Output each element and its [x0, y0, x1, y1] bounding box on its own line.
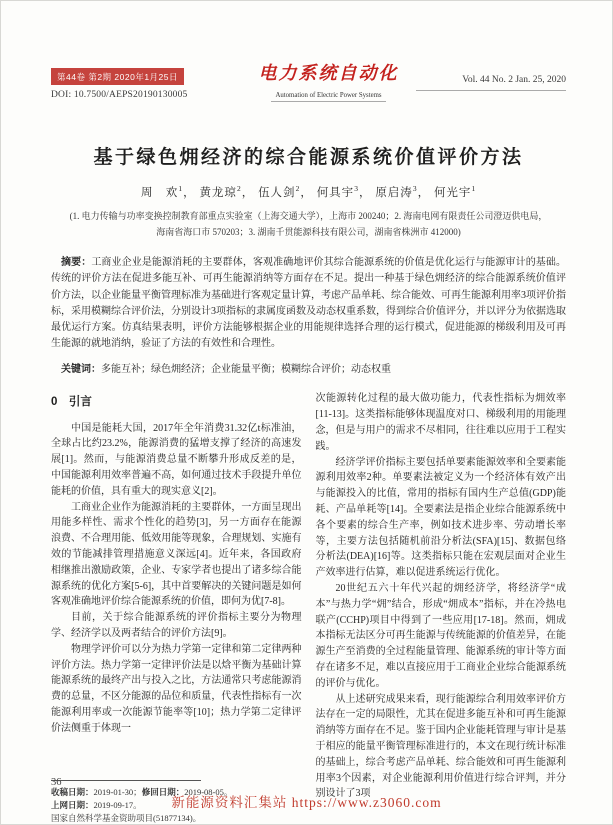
journal-header: 第44卷 第2期 2020年1月25日 DOI: 10.7500/AEPS201…	[51, 67, 566, 102]
body-paragraph: 工商业企业作为能源消耗的主要群体，一方面呈现出用能多样性、需求个性化的趋势[3]…	[51, 500, 302, 611]
author: 周 欢1，	[141, 187, 196, 199]
two-column-body: 0 引言 中国是能耗大国，2017年全年消费31.32亿t标准油，全球占比约23…	[51, 391, 566, 825]
body-paragraph: 经济学评价指标主要包括单要素能源效率和全要素能源利用效率2种。单要素法被定义为一…	[316, 455, 567, 581]
journal-page: 第44卷 第2期 2020年1月25日 DOI: 10.7500/AEPS201…	[0, 0, 613, 825]
body-paragraph: 次能源转化过程的最大做功能力，代表性指标为㶲效率[11-13]。这类指标能够体现…	[316, 391, 567, 454]
journal-name-cn: 电力系统自动化	[241, 64, 416, 84]
body-paragraph: 中国是能耗大国，2017年全年消费31.32亿t标准油，全球占比约23.2%，能…	[51, 421, 302, 500]
footnote-rule	[51, 780, 201, 781]
journal-name-en: Automation of Electric Power Systems	[271, 92, 385, 102]
right-column: 次能源转化过程的最大做功能力，代表性指标为㶲效率[11-13]。这类指标能够体现…	[316, 391, 567, 825]
issue-box: 第44卷 第2期 2020年1月25日	[51, 68, 184, 85]
page-number: 36	[51, 777, 62, 788]
doi-text: DOI: 10.7500/AEPS20190130005	[51, 90, 241, 100]
left-column: 0 引言 中国是能耗大国，2017年全年消费31.32亿t标准油，全球占比约23…	[51, 391, 302, 825]
body-paragraph: 目前，关于综合能源系统的评价指标主要分为物理学、经济学以及两者结合的评价方法[9…	[51, 610, 302, 642]
watermark-text: 新能源资料汇集站 https://www.z3060.com	[1, 791, 612, 811]
body-paragraph: 从上述研究成果来看，现行能源综合利用效率评价方法存在一定的局限性，尤其在促进多能…	[316, 692, 567, 803]
abstract-label: 摘要：	[61, 257, 91, 268]
abstract: 摘要：工商业企业是能源消耗的主要群体，客观准确地评价其综合能源系统的价值是优化运…	[51, 255, 566, 352]
affiliation-line: (1. 电力传输与功率变换控制教育部重点实验室（上海交通大学），上海市 2002…	[51, 209, 566, 225]
section-heading-introduction: 0 引言	[51, 393, 302, 411]
body-paragraph: 20世纪五六十年代兴起的㶲经济学，将经济学“成本”与热力学“㶲”结合，形成“㶲成…	[316, 581, 567, 692]
author-line: 周 欢1， 黄龙琼2， 伍人剑2， 何具宇3， 原启涛3， 何光宇1	[51, 184, 566, 200]
author: 何具宇3，	[317, 187, 372, 199]
volume-info: Vol. 44 No. 2 Jan. 25, 2020	[416, 67, 566, 91]
author: 何光宇1	[434, 187, 476, 199]
paper-title: 基于绿色㶲经济的综合能源系统价值评价方法	[51, 142, 566, 169]
affiliations: (1. 电力传输与功率变换控制教育部重点实验室（上海交通大学），上海市 2002…	[51, 209, 566, 241]
keywords-text: 多能互补；绿色㶲经济；企业能量平衡；模糊综合评价；动态权重	[101, 364, 391, 375]
author: 伍人剑2，	[258, 187, 313, 199]
abstract-text: 工商业企业是能源消耗的主要群体，客观准确地评价其综合能源系统的价值是优化运行与能…	[51, 257, 566, 349]
journal-logo: 电力系统自动化 Automation of Electric Power Sys…	[241, 64, 416, 102]
header-left: 第44卷 第2期 2020年1月25日 DOI: 10.7500/AEPS201…	[51, 67, 241, 100]
author: 原启涛3，	[375, 187, 430, 199]
affiliation-line: 海南省海口市 570203；3. 湖南千贯能源科技有限公司，湖南省株洲市 412…	[51, 225, 566, 241]
keywords: 关键词：多能互补；绿色㶲经济；企业能量平衡；模糊综合评价；动态权重	[51, 362, 566, 378]
body-paragraph: 物理学评价可以分为热力学第一定律和第二定律两种评价方法。热力学第一定律评价法是以…	[51, 642, 302, 737]
author: 黄龙琼2，	[199, 187, 254, 199]
keywords-label: 关键词：	[61, 364, 101, 375]
footnote-funding: 国家自然科学基金资助项目(51877134)。	[51, 812, 302, 825]
